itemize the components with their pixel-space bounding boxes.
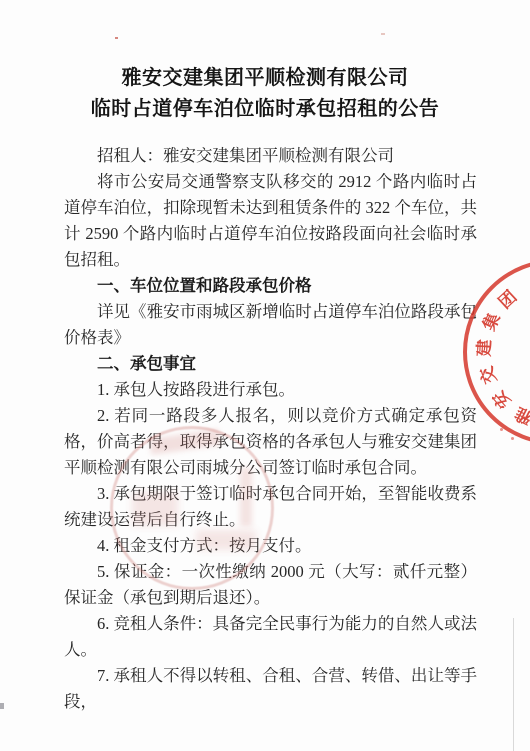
bleed-through-stamp-mark	[240, 468, 252, 526]
item-5: 5. 保证金：一次性缴纳 2000 元（大写：贰仟元整）保证金（承包到期后退还）…	[64, 559, 477, 611]
document-body: 招租人：雅安交建集团平顺检测有限公司 将市公安局交通警察支队移交的 2912 个…	[64, 143, 477, 715]
seal-inner-dot	[500, 428, 503, 431]
intro-paragraph: 将市公安局交通警察支队移交的 2912 个路内临时占道停车泊位，扣除现暂未达到租…	[64, 169, 477, 273]
seal-character: 建	[476, 339, 495, 358]
bleed-through-stamp-mark	[196, 530, 256, 550]
section-1-heading: 一、车位位置和路段承包价格	[64, 273, 477, 299]
seal-inner-dot	[511, 437, 514, 440]
section-1-body: 详见《雅安市雨城区新增临时占道停车泊位路段承包价格表》	[64, 299, 477, 351]
scan-speck	[0, 703, 4, 709]
item-1: 1. 承包人按路段进行承包。	[64, 377, 477, 403]
scanned-announcement-page: 雅安交建集团平顺检测有限公司 临时占道停车泊位临时承包招租的公告 招租人：雅安交…	[0, 0, 530, 751]
document-title-line-1: 雅安交建集团平顺检测有限公司	[0, 63, 530, 94]
item-7: 7. 承租人不得以转租、合租、合营、转借、出让等手段，	[64, 663, 477, 715]
document-title: 雅安交建集团平顺检测有限公司 临时占道停车泊位临时承包招租的公告	[0, 63, 530, 125]
document-title-line-2: 临时占道停车泊位临时承包招租的公告	[0, 94, 530, 125]
lessor-line: 招租人：雅安交建集团平顺检测有限公司	[64, 143, 477, 169]
item-6: 6. 竞租人条件：具备完全民事行为能力的自然人或法人。	[64, 611, 477, 663]
scan-speck	[115, 37, 118, 39]
section-2-heading: 二、承包事宜	[64, 351, 477, 377]
scan-edge-line	[513, 618, 514, 751]
scan-speck	[381, 33, 385, 35]
bleed-through-stamp-mark	[132, 492, 178, 526]
